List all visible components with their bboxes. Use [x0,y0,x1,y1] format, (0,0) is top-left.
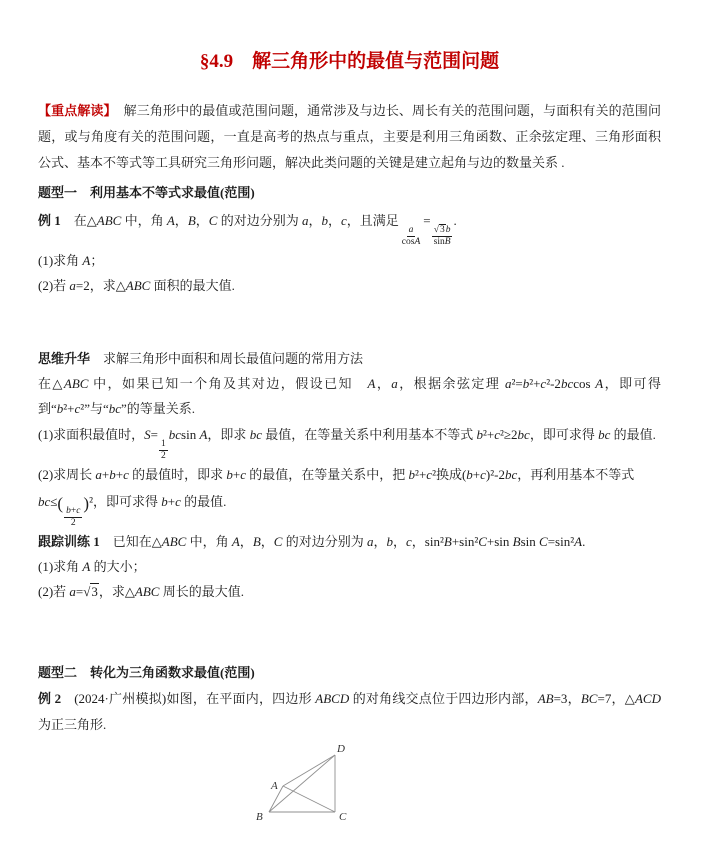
answer-space-2 [38,604,661,656]
intro-label: 【重点解读】 [38,103,117,118]
figure-vertex-label-C: C [339,811,347,823]
type2-heading-label: 题型二 [38,665,77,680]
insight-heading: 思维升华求解三角形中面积和周长最值问题的常用方法 [38,346,661,371]
quadrilateral-figure: ABCD [243,741,383,841]
training1-question1: (1)求角 A 的大小； [38,554,661,579]
insight-paragraph-2: (1)求面积最值时，S=12bcsin A，即求 bc 最值，在等量关系中利用基… [38,422,661,462]
training1-label: 跟踪训练 1 [38,534,100,549]
example2-statement: 例 2(2024·广州模拟)如图，在平面内，四边形 ABCD 的对角线交点位于四… [38,686,661,737]
intro-paragraph: 【重点解读】解三角形中的最值或范围问题，通常涉及与边长、周长有关的范围问题，与面… [38,98,661,176]
page-title: §4.9 解三角形中的最值与范围问题 [38,50,661,74]
figure-vertex-label-B: B [256,811,263,823]
type2-heading: 题型二转化为三角函数求最值(范围) [38,660,661,686]
insight-paragraph-3: (2)求周长 a+b+c 的最值时，即求 b+c 的最值，在等量关系中，把 b²… [38,462,661,488]
figure-svg: ABCD [243,741,373,836]
insight-paragraph-4: bc≤(b+c2)²，即可求得 b+c 的最值. [38,487,661,529]
example1-statement: 例 1在△ABC 中，角 A，B，C 的对边分别为 a，b，c，且满足acosA… [38,206,661,248]
example1-question1: (1)求角 A； [38,248,661,273]
example2-text: (2024·广州模拟)如图，在平面内，四边形 ABCD 的对角线交点位于四边形内… [38,691,661,732]
worksheet-page: §4.9 解三角形中的最值与范围问题 【重点解读】解三角形中的最值或范围问题，通… [0,0,701,841]
intro-text: 解三角形中的最值或范围问题，通常涉及与边长、周长有关的范围问题，与面积有关的范围… [38,103,661,170]
figure-vertex-label-D: D [336,743,345,755]
training1-statement: 跟踪训练 1已知在△ABC 中，角 A，B，C 的对边分别为 a，b，c，sin… [38,529,661,554]
training1-text: 已知在△ABC 中，角 A，B，C 的对边分别为 a，b，c，sin²B+sin… [113,534,586,549]
example1-text: 在△ABC 中，角 A，B，C 的对边分别为 a，b，c，且满足acosA=√3… [74,213,457,228]
figure-edge-BD [269,755,335,812]
answer-space-1 [38,298,661,346]
type1-heading-label: 题型一 [38,185,77,200]
type1-heading: 题型一利用基本不等式求最值(范围) [38,180,661,206]
type2-heading-text: 转化为三角函数求最值(范围) [90,665,255,680]
training1-question2: (2)若 a=√3，求△ABC 周长的最大值. [38,579,661,604]
figure-edge-DA [283,755,335,786]
insight-intro: 求解三角形中面积和周长最值问题的常用方法 [103,351,363,366]
example1-label: 例 1 [38,213,61,228]
figure-vertex-label-A: A [270,780,278,792]
example2-label: 例 2 [38,691,61,706]
insight-paragraph-1: 在△ABC 中，如果已知一个角及其对边，假设已知 A，a，根据余弦定理 a²=b… [38,371,661,422]
type1-heading-text: 利用基本不等式求最值(范围) [90,185,255,200]
insight-label: 思维升华 [38,351,90,366]
figure-edge-AC [283,786,335,812]
example1-question2: (2)若 a=2，求△ABC 面积的最大值. [38,273,661,298]
